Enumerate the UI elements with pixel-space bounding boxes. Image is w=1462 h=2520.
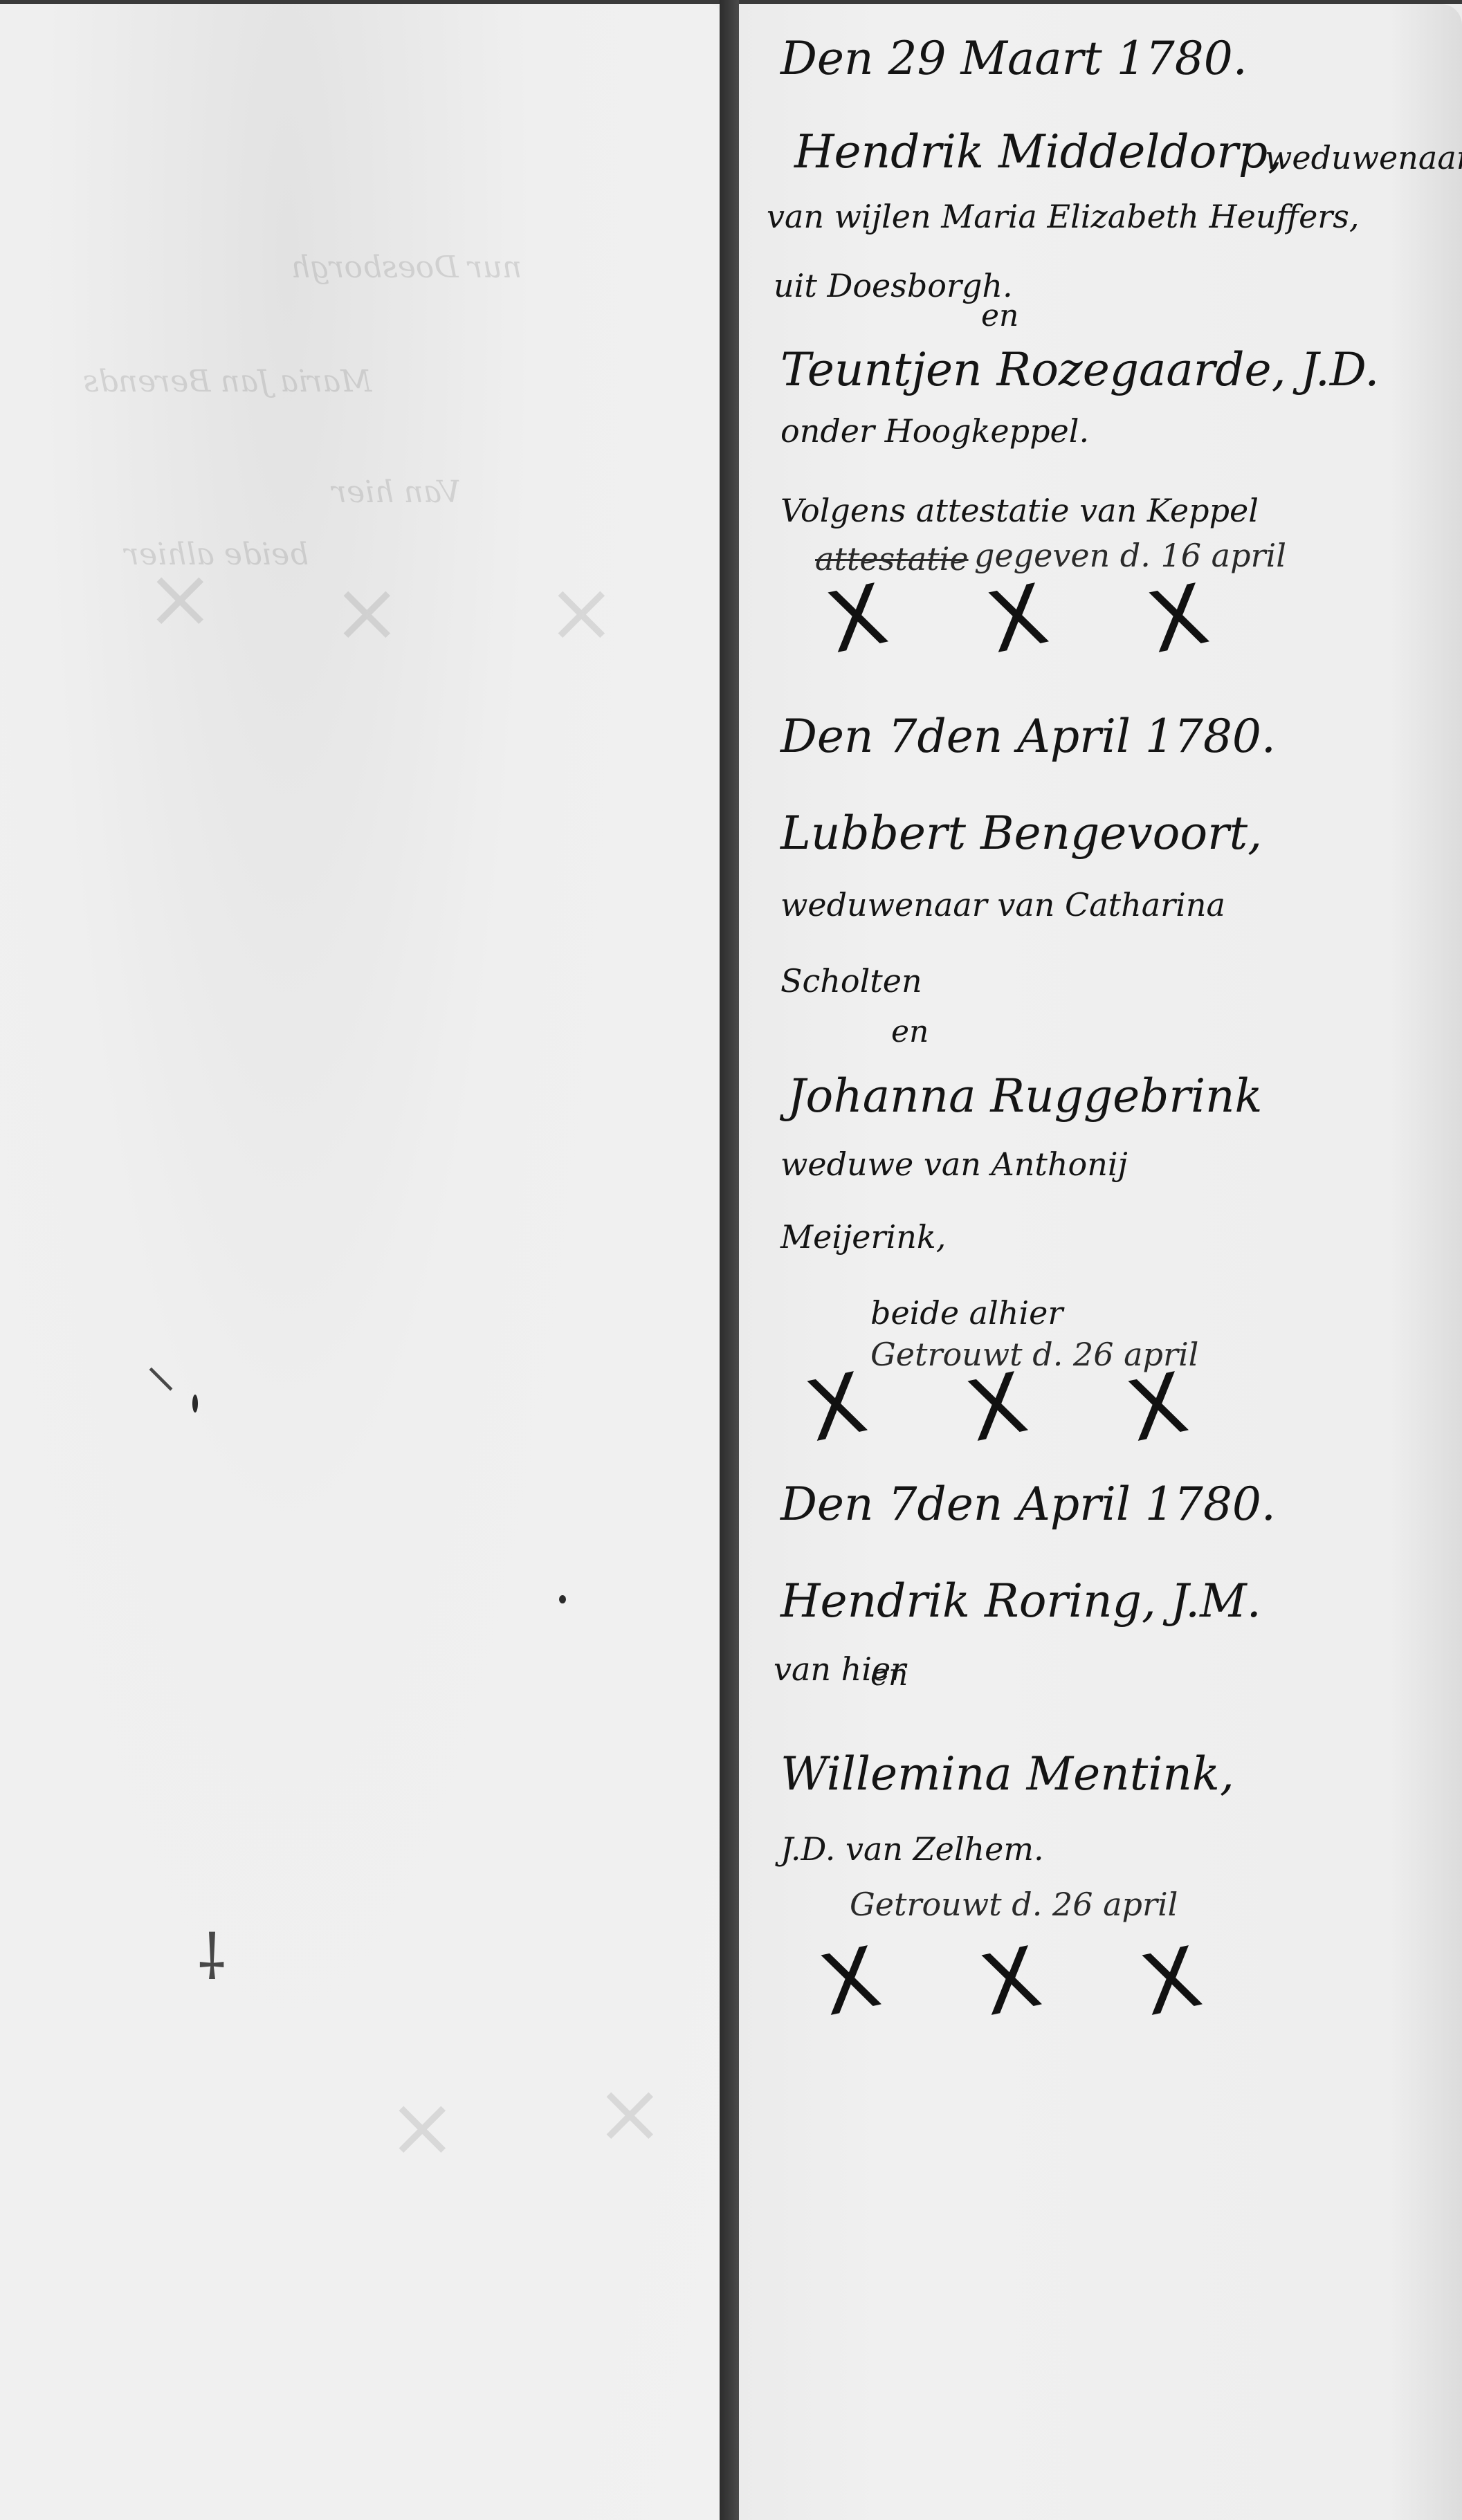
- bride-detail: Meijerink,: [780, 1218, 946, 1256]
- groom-origin: uit Doesborgh.: [774, 267, 1013, 304]
- cross-mark: X: [1135, 1936, 1208, 2029]
- groom-name: Lubbert Bengevoort,: [780, 807, 1262, 860]
- signature-marks: X X X: [829, 578, 1207, 661]
- cross-mark: X: [814, 1936, 886, 2029]
- residence-note: beide alhier: [870, 1294, 1063, 1332]
- bleed-through-line: nur Doesborgh: [291, 250, 522, 285]
- groom-name: Hendrik Roring, J.M.: [780, 1574, 1261, 1628]
- cross-mark: X: [982, 573, 1054, 666]
- ink-stain-mark: ⸸: [197, 1927, 222, 1989]
- bride-name: Willemina Mentink,: [780, 1747, 1234, 1801]
- ink-spot: [192, 1395, 198, 1413]
- entry-date: Den 7den April 1780.: [780, 1478, 1276, 1531]
- marriage-date-note: Getrouwt d. 26 april: [850, 1886, 1178, 1923]
- ink-spot: [559, 1595, 566, 1603]
- bride-name: Teuntjen Rozegaarde, J.D.: [780, 343, 1379, 396]
- bride-detail: J.D. van Zelhem.: [780, 1830, 1044, 1868]
- cross-mark: X: [800, 1362, 872, 1455]
- cross-mark: X: [975, 1936, 1048, 2029]
- entry-date: Den 7den April 1780.: [780, 710, 1276, 763]
- entry-date: Den 29 Maart 1780.: [780, 32, 1248, 85]
- cross-mark: X: [961, 1362, 1034, 1455]
- attestation-note: Volgens attestatie van Keppel: [780, 492, 1259, 529]
- bleed-through-cross: ×: [547, 571, 616, 654]
- bleed-through-line: Van hier: [332, 475, 461, 510]
- bleed-through-cross: ×: [387, 2086, 457, 2169]
- cross-mark: X: [1122, 1362, 1194, 1455]
- bride-name: Johanna Ruggebrink: [787, 1069, 1263, 1123]
- conjunction: en: [870, 1657, 908, 1693]
- groom-detail: van wijlen Maria Elizabeth Heuffers,: [767, 198, 1360, 235]
- bride-detail: weduwe van Anthonij: [780, 1146, 1128, 1183]
- bleed-through-line: Maria Jan Berends: [83, 364, 372, 399]
- binding-gutter: [720, 0, 739, 2520]
- signature-marks: X X X: [822, 1941, 1200, 2024]
- groom-detail: weduwenaar van Catharina: [780, 886, 1225, 923]
- groom-status: weduwenaar: [1265, 139, 1462, 176]
- conjunction: en: [891, 1014, 929, 1049]
- attestation-date: gegeven d. 16 april: [974, 537, 1286, 574]
- bleed-through-cross: ×: [332, 571, 402, 654]
- ink-stain-mark: ⸌: [145, 1360, 172, 1422]
- register-spread: nur Doesborgh Maria Jan Berends Van hier…: [0, 0, 1462, 2520]
- groom-detail: Scholten: [780, 962, 922, 1000]
- struck-word: attestatie: [815, 540, 969, 578]
- bride-detail: onder Hoogkeppel.: [780, 412, 1089, 450]
- cross-mark: X: [821, 573, 893, 666]
- conjunction: en: [981, 298, 1018, 333]
- groom-name: Hendrik Middeldorp,: [794, 125, 1282, 178]
- signature-marks: X X X: [808, 1367, 1187, 1450]
- left-page: nur Doesborgh Maria Jan Berends Van hier…: [0, 4, 720, 2520]
- bleed-through-cross: ×: [595, 2072, 665, 2155]
- bleed-through-cross: ×: [145, 558, 215, 641]
- cross-mark: X: [1142, 573, 1215, 666]
- right-page: Den 29 Maart 1780. Hendrik Middeldorp, w…: [739, 4, 1462, 2520]
